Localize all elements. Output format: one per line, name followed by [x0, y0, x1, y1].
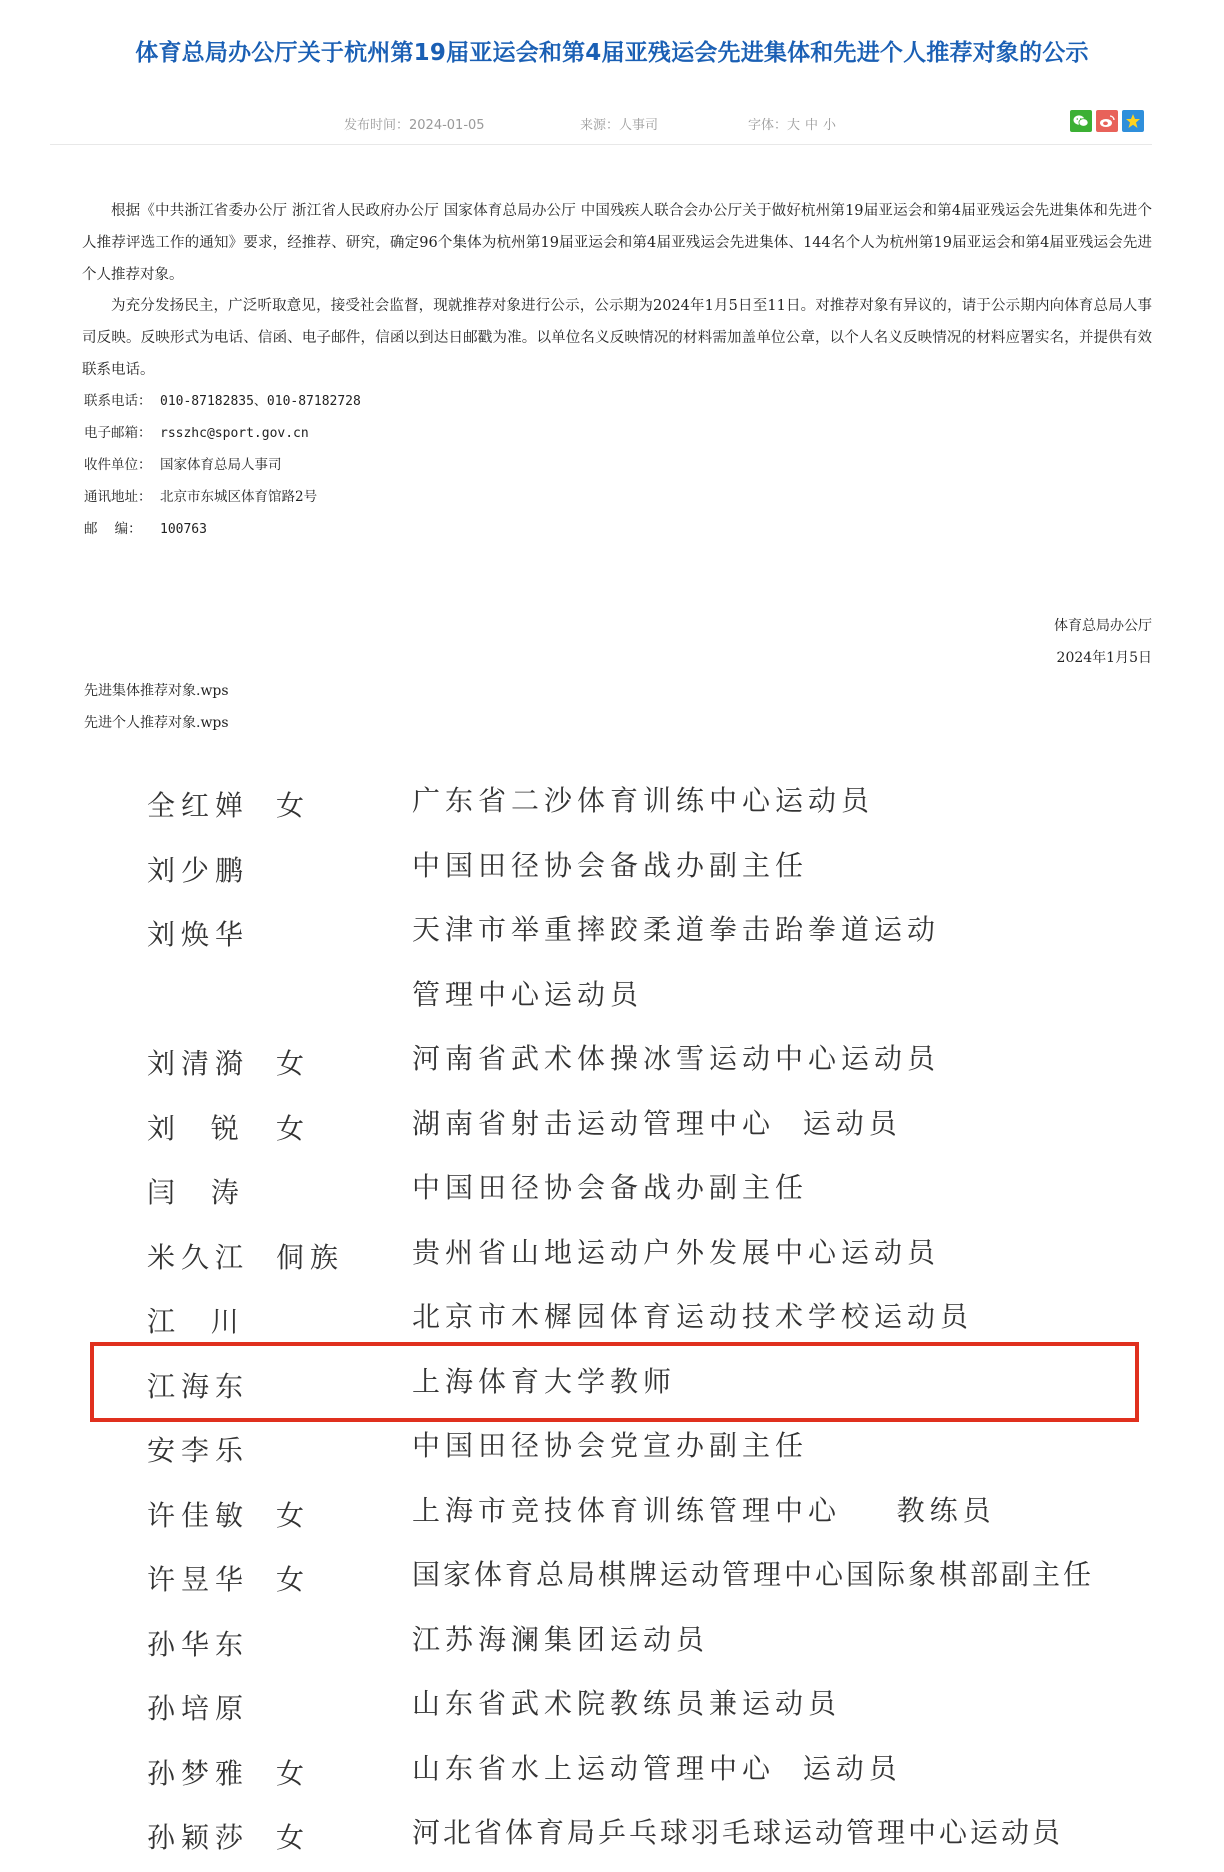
publish-date: 发布时间：2024-01-05: [344, 114, 485, 133]
attachment-individuals-link[interactable]: 先进个人推荐对象.wps: [84, 707, 229, 739]
header-divider: [50, 144, 1152, 145]
list-item: 全红婵女广东省二沙体育训练中心运动员: [0, 776, 1224, 841]
list-item: 孙华东江苏海澜集团运动员: [0, 1615, 1224, 1680]
font-size-medium-button[interactable]: 中: [805, 118, 818, 133]
source: 来源：人事司: [580, 114, 658, 133]
attachment-collectives-link[interactable]: 先进集体推荐对象.wps: [84, 675, 229, 707]
contact-postcode: 邮 编：100763: [84, 513, 361, 545]
signature: 体育总局办公厅 2024年1月5日: [1054, 610, 1152, 674]
nominee-list: 全红婵女广东省二沙体育训练中心运动员 刘少鹏中国田径协会备战办副主任 刘焕华天津…: [0, 776, 1224, 1872]
list-item: 刘清漪女河南省武术体操冰雪运动中心运动员: [0, 1034, 1224, 1099]
contact-phone: 联系电话：010-87182835、010-87182728: [84, 385, 361, 417]
signature-org: 体育总局办公厅: [1054, 610, 1152, 642]
article-meta: 发布时间：2024-01-05 来源：人事司 字体：大中小: [0, 114, 1224, 134]
list-item: 刘 锐女湖南省射击运动管理中心 运动员: [0, 1099, 1224, 1164]
list-item: 孙培原山东省武术院教练员兼运动员: [0, 1679, 1224, 1744]
paragraph-notice: 为充分发扬民主，广泛听取意见，接受社会监督，现就推荐对象进行公示，公示期为202…: [82, 290, 1152, 386]
list-item: 刘焕华天津市举重摔跤柔道拳击跆拳道运动管理中心运动员: [0, 905, 1224, 1034]
qzone-icon[interactable]: [1122, 110, 1144, 132]
weibo-icon[interactable]: [1096, 110, 1118, 132]
paragraph-intro: 根据《中共浙江省委办公厅 浙江省人民政府办公厅 国家体育总局办公厅 中国残疾人联…: [82, 195, 1152, 291]
page-title: 体育总局办公厅关于杭州第19届亚运会和第4届亚残运会先进集体和先进个人推荐对象的…: [0, 34, 1224, 67]
list-item: 江 川北京市木樨园体育运动技术学校运动员: [0, 1292, 1224, 1357]
list-item: 安李乐中国田径协会党宣办副主任: [0, 1421, 1224, 1486]
font-size-small-button[interactable]: 小: [823, 118, 836, 133]
contact-recipient: 收件单位：国家体育总局人事司: [84, 449, 361, 481]
list-item: 许佳敏女上海市竞技体育训练管理中心 教练员: [0, 1486, 1224, 1551]
wechat-icon[interactable]: [1070, 110, 1092, 132]
contact-info: 联系电话：010-87182835、010-87182728 电子邮箱：rssz…: [84, 385, 361, 545]
list-item: 刘少鹏中国田径协会备战办副主任: [0, 841, 1224, 906]
share-bar: [1070, 110, 1144, 132]
list-item-highlighted: 江海东上海体育大学教师: [0, 1357, 1224, 1422]
font-size-label: 字体：: [748, 118, 787, 133]
list-item: 孙梦雅女山东省水上运动管理中心 运动员: [0, 1744, 1224, 1809]
list-item: 许昱华女国家体育总局棋牌运动管理中心国际象棋部副主任: [0, 1550, 1224, 1615]
contact-address: 通讯地址：北京市东城区体育馆路2号: [84, 481, 361, 513]
list-item: 孙颖莎女河北省体育局乒乓球羽毛球运动管理中心运动员: [0, 1808, 1224, 1872]
contact-email: 电子邮箱：rsszhc@sport.gov.cn: [84, 417, 361, 449]
list-item: 闫 涛中国田径协会备战办副主任: [0, 1163, 1224, 1228]
list-item: 米久江侗族贵州省山地运动户外发展中心运动员: [0, 1228, 1224, 1293]
attachments: 先进集体推荐对象.wps 先进个人推荐对象.wps: [84, 675, 229, 739]
font-size-selector: 字体：大中小: [748, 114, 841, 133]
font-size-large-button[interactable]: 大: [787, 118, 800, 133]
signature-date: 2024年1月5日: [1054, 642, 1152, 674]
